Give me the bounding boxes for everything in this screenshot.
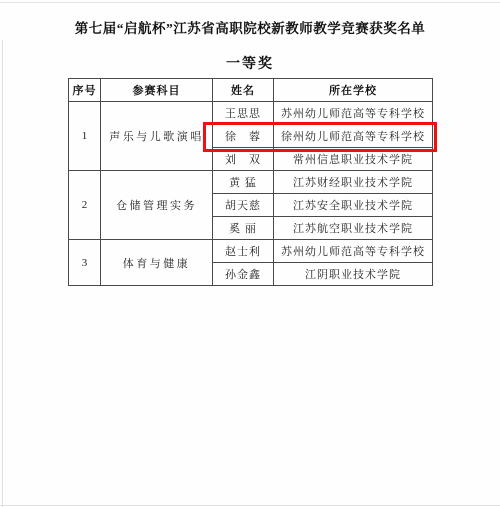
name-cell: 孙金鑫 [213,263,274,286]
table-row: 3 体育与健康 赵士利 苏州幼儿师范高等专科学校 [69,240,433,263]
subject-cell: 体育与健康 [101,240,213,286]
school-cell: 常州信息职业技术学院 [274,148,433,171]
column-header-name: 姓名 [213,79,274,102]
name-cell: 胡天慈 [213,194,274,217]
name-cell: 王思思 [213,102,274,125]
column-header-school: 所在学校 [274,79,433,102]
name-cell: 赵士利 [213,240,274,263]
name-cell: 刘 双 [213,148,274,171]
scan-edge-artifact-left [2,40,3,507]
page-title: 第七届“启航杯”江苏省高职院校新教师教学竞赛获奖名单 [0,17,500,37]
rank-cell: 3 [69,240,101,286]
document-page: 第七届“启航杯”江苏省高职院校新教师教学竞赛获奖名单 一等奖 序号 参赛科目 姓… [0,0,500,507]
scan-edge-artifact-top [0,2,500,3]
rank-cell: 2 [69,171,101,240]
name-cell: 黄 猛 [213,171,274,194]
column-header-subject: 参赛科目 [101,79,213,102]
school-cell: 苏州幼儿师范高等专科学校 [274,240,433,263]
prize-level-heading: 一等奖 [0,53,500,73]
subject-cell: 仓储管理实务 [101,171,213,240]
name-cell: 徐 蓉 [213,125,274,148]
school-cell: 徐州幼儿师范高等专科学校 [274,125,433,148]
school-cell: 江苏财经职业技术学院 [274,171,433,194]
school-cell: 江阴职业技术学院 [274,263,433,286]
school-cell: 苏州幼儿师范高等专科学校 [274,102,433,125]
rank-cell: 1 [69,102,101,171]
school-cell: 江苏航空职业技术学院 [274,217,433,240]
table-row: 2 仓储管理实务 黄 猛 江苏财经职业技术学院 [69,171,433,194]
subject-cell: 声乐与儿歌演唱 [101,102,213,171]
scan-edge-artifact-bottom [0,505,500,506]
school-cell: 江苏安全职业技术学院 [274,194,433,217]
table-header-row: 序号 参赛科目 姓名 所在学校 [69,79,433,102]
table-row: 1 声乐与儿歌演唱 王思思 苏州幼儿师范高等专科学校 [69,102,433,125]
name-cell: 奚 丽 [213,217,274,240]
awards-table: 序号 参赛科目 姓名 所在学校 1 声乐与儿歌演唱 王思思 苏州幼儿师范高等专科… [68,78,433,286]
column-header-rank: 序号 [69,79,101,102]
